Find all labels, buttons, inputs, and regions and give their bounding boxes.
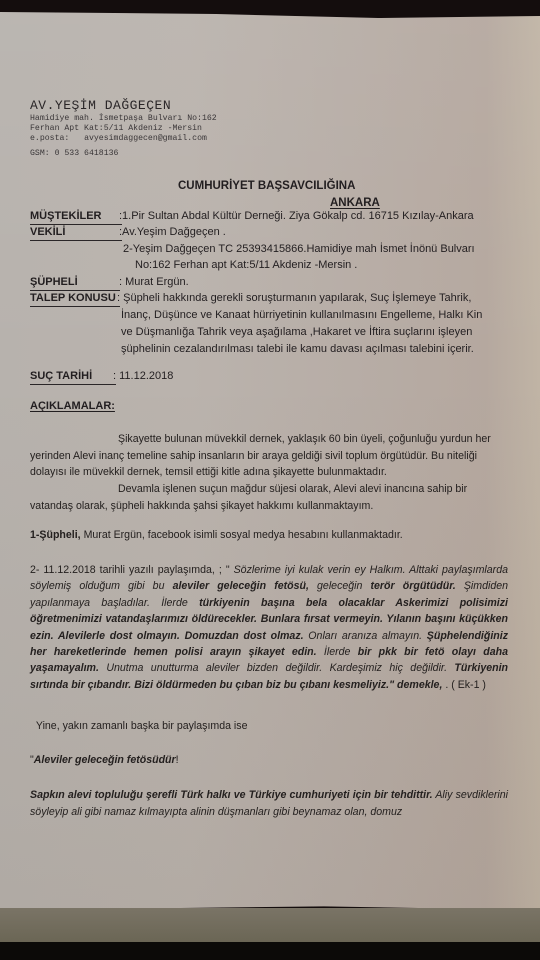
- quote-segment: geleceğin: [309, 580, 371, 592]
- lawyer-address-line2: Ferhan Apt Kat:5/11 Akdeniz -Mersin: [30, 124, 202, 133]
- suspect-value: : Murat Ergün.: [119, 276, 189, 288]
- complainant2-line1: 2-Yeşim Dağgeçen TC 25393415866.Hamidiye…: [123, 243, 475, 255]
- item-2-quoted-text: Sözlerime iyi kulak verin ey Halkım. Alt…: [30, 564, 508, 691]
- suspect-label: ŞÜPHELİ: [30, 276, 78, 288]
- subject-line-1: : Şüpheli hakkında gerekli soruşturmanın…: [117, 292, 471, 304]
- addressee-title: CUMHURİYET BAŞSAVCILIĞINA: [178, 180, 355, 192]
- email-label: e.posta:: [30, 134, 69, 143]
- lawyer-email: e.posta: avyesimdaggecen@gmail.com: [30, 134, 207, 143]
- lawyer-address-line1: Hamidiye mah. İsmetpaşa Bulvarı No:162: [30, 114, 217, 123]
- crime-date-label: SUÇ TARİHİ: [30, 370, 92, 382]
- explanation-paragraph-2: Devamla işlenen suçun mağdur süjesi olar…: [30, 481, 508, 514]
- addressee-city: ANKARA: [330, 197, 380, 209]
- subject-line-3: ve Düşmanlığa Tahrik veya aşağılama ,Hak…: [121, 326, 472, 338]
- explanation-paragraph-1: Şikayette bulunan müvekkil dernek, yakla…: [30, 431, 508, 481]
- shelf-surface: [0, 908, 540, 942]
- label-underline: [30, 306, 120, 307]
- label-underline: [30, 290, 120, 291]
- counsel-value: :Av.Yeşim Dağgeçen .: [119, 226, 226, 238]
- label-underline: [30, 384, 116, 385]
- counsel-label: VEKİLİ: [30, 226, 65, 238]
- final-bold-text: Sapkın alevi topluluğu şerefli Türk halk…: [30, 789, 433, 801]
- email-address: avyesimdaggecen@gmail.com: [84, 134, 207, 143]
- item-1: 1-Şüpheli, Murat Ergün, facebook isimli …: [30, 527, 508, 544]
- complainants-value: :1.Pir Sultan Abdal Kültür Derneği. Ziya…: [119, 210, 474, 222]
- item-2-quote: 2- 11.12.2018 tarihli yazılı paylaşımda,…: [30, 562, 508, 693]
- quote-text: Aleviler geleceğin fetösüdür: [34, 754, 176, 766]
- subject-line-4: şüphelinin cezalandırılması talebi ile k…: [121, 343, 474, 355]
- dark-background: [0, 942, 540, 960]
- item-2-reference: . ( Ek-1 ): [442, 679, 486, 691]
- crime-date-value: : 11.12.2018: [113, 370, 173, 382]
- quote-segment: Unutma unutturma aleviler bizden değildi…: [99, 662, 455, 674]
- quote-segment: aleviler geleceğin fetösü,: [173, 580, 309, 592]
- quote-segment: terör örgütüdür.: [371, 580, 456, 592]
- quote-line: "Aleviler geleceğin fetösüdür!: [30, 752, 508, 769]
- item-1-text: Murat Ergün, facebook isimli sosyal medy…: [81, 529, 403, 541]
- label-underline: [30, 224, 122, 225]
- item-2-intro: 2- 11.12.2018 tarihli yazılı paylaşımda,…: [30, 564, 234, 576]
- lawyer-name: AV.YEŞİM DAĞGEÇEN: [30, 98, 171, 113]
- quote-segment: İlerde: [317, 646, 358, 658]
- label-underline: [30, 240, 122, 241]
- subject-line-2: İnanç, Düşünce ve Kanaat hürriyetinin ku…: [121, 309, 482, 321]
- explanations-heading: AÇIKLAMALAR:: [30, 400, 115, 412]
- lawyer-phone: GSM: 0 533 6418136: [30, 149, 118, 158]
- complainants-label: MÜŞTEKİLER: [30, 210, 102, 222]
- final-paragraph: Sapkın alevi topluluğu şerefli Türk halk…: [30, 787, 508, 820]
- item-1-label: 1-Şüpheli,: [30, 529, 81, 541]
- explanation-paragraph-3: Yine, yakın zamanlı başka bir paylaşımda…: [30, 718, 508, 735]
- subject-label: TALEP KONUSU: [30, 292, 116, 304]
- quote-segment: Onları aranıza almayın.: [304, 630, 427, 642]
- complainant2-line2: No:162 Ferhan apt Kat:5/11 Akdeniz -Mers…: [135, 259, 357, 271]
